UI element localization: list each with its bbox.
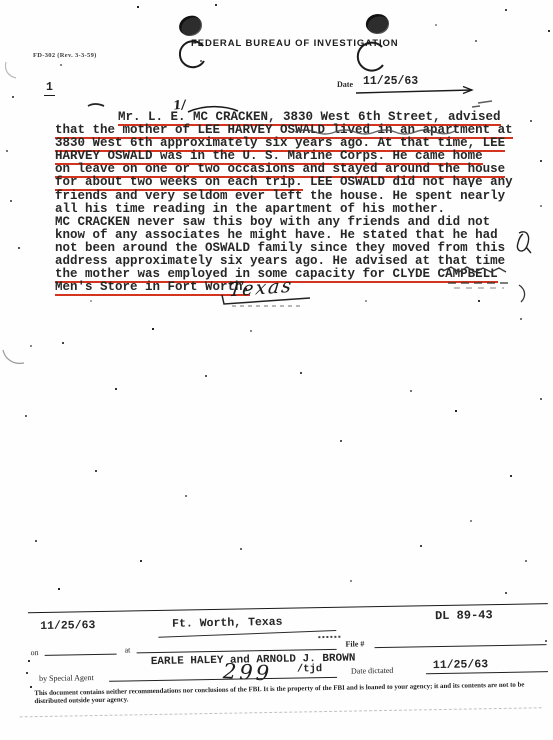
form-number-label: FD-302 (Rev. 3-3-59) [33,52,97,60]
location-underline [158,630,336,638]
hole-punch-mark-left [178,15,202,37]
date-dictated-value: 11/25/63 [433,658,488,672]
stray-dash-right [472,101,492,107]
on-label: on [31,648,39,658]
disclaimer-text: This document contains neither recommend… [34,681,548,706]
on-field-line [45,654,117,656]
body-segment: know of any associates he might have. He… [55,228,498,242]
stray-arc-left [3,350,24,363]
date-label: Date [337,80,353,90]
stray-arc-topleft [5,62,16,78]
file-number-label: File # [345,639,364,649]
small-dash-mark [88,104,104,106]
body-segment-red-underlined: Men's Store in Fort Worth. [55,280,250,296]
interview-location-value: Ft. Worth, Texas [172,616,283,631]
hole-punch-mark-right [365,13,389,34]
date-underline-arrow [463,87,472,94]
body-segment: all his time reading in the apartment of… [55,202,445,216]
body-text: Mr. L. E. MC CRACKEN, 3830 West 6th Stre… [55,111,530,294]
special-agent-label: by Special Agent [39,673,94,684]
handwritten-number-299: 299 [222,659,272,686]
bottom-form: 11/25/63 Ft. Worth, Texas DL 89-43 on at… [0,589,553,740]
page-number: 1 [44,81,55,96]
body-segment: MC CRACKEN never saw this boy with any f… [55,215,490,229]
typist-initials: /tjd [297,663,322,675]
date-value: 11/25/63 [363,75,418,88]
scan-ghost-rule [20,707,542,717]
file-number-value: DL 89-43 [435,608,493,623]
scan-noise-specks [0,0,2,2]
location-underline-dots [318,636,340,638]
file-field-line [375,644,547,648]
interview-date-value: 11/25/63 [40,619,95,633]
body-segment: address approximately six years ago. He … [55,254,505,268]
handwritten-texas-annotation: Texas [228,275,294,302]
body-segment: friends and very seldom ever left the ho… [55,189,505,203]
date-underline [356,90,472,93]
scanned-fbi-document: FD-302 (Rev. 3-3-59) FEDERAL BUREAU OF I… [0,0,553,740]
date-dictated-label: Date dictated [351,666,394,677]
handwritten-footnote-mark: 1/ [172,97,186,112]
body-segment: LEE OSWALD did not have any [303,175,513,189]
at-label: at [124,645,130,655]
agency-title: FEDERAL BUREAU OF INVESTIGATION [191,38,399,50]
body-segment: not been around the OSWALD family since … [55,241,505,255]
